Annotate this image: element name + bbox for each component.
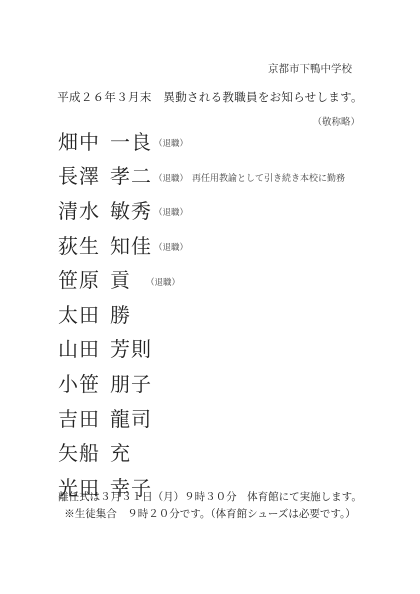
retirement-tag: （退職）	[154, 137, 188, 149]
student-assembly-note: ※生徒集合 ９時２０分です。（体育館シューズは必要です。）	[0, 506, 420, 523]
staff-surname: 太田	[58, 299, 110, 328]
staff-surname: 畑中	[58, 126, 110, 155]
ceremony-schedule: 離任式は３月３１日（月）９時３０分 体育館にて実施します。	[0, 489, 420, 506]
staff-given-name: 知佳	[110, 230, 152, 259]
staff-surname: 吉田	[58, 403, 110, 432]
retirement-tag: （退職）	[146, 276, 180, 288]
staff-given-name: 敏秀	[110, 195, 152, 224]
staff-given-name: 貢	[110, 264, 144, 293]
ceremony-notice: 離任式は３月３１日（月）９時３０分 体育館にて実施します。 ※生徒集合 ９時２０…	[0, 489, 420, 523]
staff-given-name: 孝二	[110, 160, 152, 189]
staff-surname: 長澤	[58, 160, 110, 189]
retirement-tag: （退職）	[154, 206, 188, 218]
staff-list: 畑中 一良 （退職） 長澤 孝二 （退職） 再任用教諭として引き続き本校に勤務 …	[58, 123, 418, 504]
staff-surname: 山田	[58, 333, 110, 362]
staff-surname: 笹原	[58, 264, 110, 293]
staff-given-name: 充	[110, 437, 131, 466]
retirement-tag: （退職）	[154, 172, 188, 184]
document-title: 平成２６年３月末 異動される教職員をお知らせします。	[0, 89, 420, 105]
staff-surname: 荻生	[58, 230, 110, 259]
staff-row: 吉田 龍司	[58, 400, 418, 435]
staff-row: 笹原 貢 （退職）	[58, 261, 418, 296]
staff-note: 再任用教諭として引き続き本校に勤務	[192, 171, 345, 184]
staff-row: 小笹 朋子	[58, 365, 418, 400]
staff-given-name: 朋子	[110, 368, 152, 397]
retirement-tag: （退職）	[154, 241, 188, 253]
staff-row: 清水 敏秀 （退職）	[58, 192, 418, 227]
staff-given-name: 一良	[110, 126, 152, 155]
staff-row: 長澤 孝二 （退職） 再任用教諭として引き続き本校に勤務	[58, 158, 418, 193]
staff-row: 矢船 充	[58, 434, 418, 469]
school-name: 京都市下鴨中学校	[268, 61, 352, 76]
staff-surname: 矢船	[58, 437, 110, 466]
staff-given-name: 龍司	[110, 403, 152, 432]
staff-row: 山田 芳則	[58, 331, 418, 366]
staff-row: 荻生 知佳 （退職）	[58, 227, 418, 262]
staff-given-name: 芳則	[110, 333, 152, 362]
staff-given-name: 勝	[110, 299, 131, 328]
staff-row: 畑中 一良 （退職）	[58, 123, 418, 158]
staff-surname: 清水	[58, 195, 110, 224]
staff-surname: 小笹	[58, 368, 110, 397]
staff-row: 太田 勝	[58, 296, 418, 331]
